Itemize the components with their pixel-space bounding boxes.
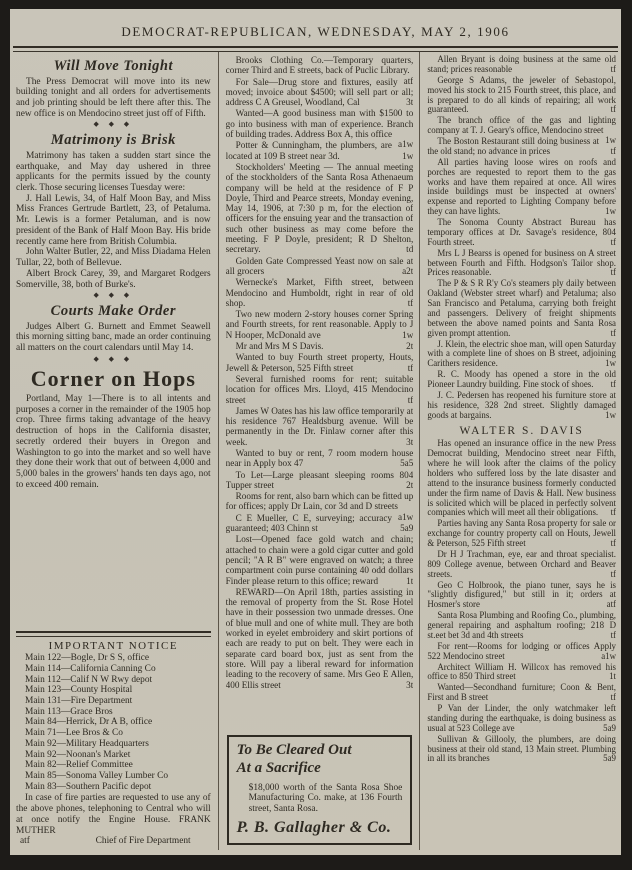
- phone-directory-line: Main 71—Lee Bros & Co: [16, 728, 211, 739]
- classified-ad: To Let—Large pleasant sleeping rooms 804…: [226, 470, 414, 491]
- section-rule: [16, 631, 211, 637]
- headline-corner-on-hops: Corner on Hops: [16, 366, 211, 391]
- ad-tag: tf: [611, 380, 616, 390]
- classified-ad: For rent—Rooms for lodging or offices Ap…: [427, 642, 616, 662]
- ad-text: Brooks Clothing Co.—Temporary quarters, …: [226, 55, 414, 75]
- ad-text: Sullivan & Gillooly, the plumbers, are d…: [427, 734, 616, 764]
- phone-directory-line: Main 84—Herrick, Dr A B, office: [16, 717, 211, 728]
- classified-ad: Sullivan & Gillooly, the plumbers, are d…: [427, 735, 616, 765]
- display-ad-title-line1: To Be Cleared Out: [237, 742, 403, 760]
- ornament-divider: ◆ ◆ ◆: [16, 356, 211, 364]
- notice-sig-tag: atf: [20, 836, 30, 847]
- display-ad-title-line2: At a Sacrifice: [237, 760, 403, 778]
- ad-tag: td: [406, 244, 413, 254]
- notice-closing-text: In case of fire parties are requested to…: [16, 793, 211, 836]
- ad-text: Parties having any Santa Rosa property f…: [427, 518, 616, 548]
- classified-ad: Santa Rosa Plumbing and Roofing Co., plu…: [427, 611, 616, 641]
- ornament-divider: ◆ ◆ ◆: [16, 121, 211, 129]
- phone-directory-line: Main 114—California Canning Co: [16, 664, 211, 675]
- classified-ad: The branch office of the gas and lightin…: [427, 116, 616, 136]
- classified-ad: Lost—Opened face gold watch and chain; a…: [226, 534, 414, 585]
- ad-tag: tf: [611, 539, 616, 549]
- classified-ad: Potter & Cunningham, the plumbers, are l…: [226, 140, 414, 161]
- ad-tag: tf: [611, 693, 616, 703]
- classified-ad: Allen Bryant is doing business at the sa…: [427, 55, 616, 75]
- classified-ad: Mr and Mrs M S Davis. 2t: [226, 341, 414, 351]
- ad-tag: 5a9: [400, 523, 413, 533]
- ad-text: James W Oates has his law office tempora…: [226, 406, 414, 447]
- ad-text: J. Klein, the electric shoe man, will op…: [427, 339, 616, 369]
- classifieds-right: Allen Bryant is doing business at the sa…: [427, 55, 616, 847]
- ad-tag: tf: [408, 395, 414, 405]
- article-paragraph: John Walter Butler, 22, and Miss Diadama…: [16, 247, 211, 268]
- ad-text: Wanted to buy or rent, 7 room modern hou…: [226, 448, 414, 468]
- important-notice-section: IMPORTANT NOTICE Main 122—Bogle, Dr S S,…: [16, 628, 211, 847]
- ad-tag: 3t: [406, 97, 413, 107]
- display-ad-signature: P. B. Gallagher & Co.: [237, 819, 403, 837]
- classified-ad: J. C. Pedersen has reopened his furnitur…: [427, 391, 616, 421]
- ad-text: Several furnished rooms for rent; suitab…: [226, 374, 414, 405]
- phone-directory-line: Main 83—Southern Pacific depot: [16, 782, 211, 793]
- notice-signature-row: atf Chief of Fire Department: [16, 836, 211, 847]
- classifieds-middle: Brooks Clothing Co.—Temporary quarters, …: [226, 55, 414, 731]
- walter-s-davis-heading: WALTER S. DAVIS: [427, 425, 616, 438]
- classified-ad: REWARD—On April 18th, parties assisting …: [226, 587, 414, 690]
- ad-tag: 1t: [609, 672, 616, 682]
- ad-tag: tf: [408, 298, 414, 308]
- ad-text: For rent—Rooms for lodging or offices Ap…: [427, 641, 616, 661]
- ad-tag: tf: [611, 570, 616, 580]
- ad-tag: tf: [611, 508, 616, 518]
- article-title-matrimony-is-brisk: Matrimony is Brisk: [16, 132, 211, 149]
- ad-text: The Boston Restaurant still doing busine…: [427, 136, 599, 156]
- ad-tag: 1w: [402, 151, 413, 161]
- ad-tag: atf: [607, 600, 616, 610]
- ad-text: George S Adams, the jeweler of Sebastopo…: [427, 75, 616, 115]
- classified-ad: Several furnished rooms for rent; suitab…: [226, 374, 414, 405]
- phone-directory-line: Main 92—Military Headquarters: [16, 739, 211, 750]
- ad-tag: a1w: [601, 652, 616, 662]
- ad-text: Has opened an insurance office in the ne…: [427, 438, 616, 517]
- columns-container: Will Move Tonight The Press Democrat wil…: [10, 52, 621, 850]
- classified-ad: The P & S R R'y Co's steamers ply daily …: [427, 279, 616, 338]
- column-right: Allen Bryant is doing business at the sa…: [420, 52, 621, 850]
- ad-tag: tf: [611, 268, 616, 278]
- ad-tag: 3t: [406, 680, 413, 690]
- classified-ad: R. C. Moody has opened a store in the ol…: [427, 370, 616, 390]
- ad-text: The P & S R R'y Co's steamers ply daily …: [427, 278, 616, 337]
- classified-ad: Wanted—Secondhand furniture; Coon & Bent…: [427, 683, 616, 703]
- classified-ad: Brooks Clothing Co.—Temporary quarters, …: [226, 55, 414, 76]
- ad-text: Wernecke's Market, Fifth street, between…: [226, 277, 414, 308]
- phone-directory-line: Main 92—Noonan's Market: [16, 750, 211, 761]
- ad-tag: tf: [408, 363, 414, 373]
- phone-directory-line: Main 85—Sonoma Valley Lumber Co: [16, 771, 211, 782]
- ad-text: Santa Rosa Plumbing and Roofing Co., plu…: [427, 610, 616, 640]
- article-body: Portland, May 1—There is to all intents …: [16, 394, 211, 490]
- ad-text: The branch office of the gas and lightin…: [427, 115, 616, 135]
- article-body: Judges Albert G. Burnett and Emmet Seawe…: [16, 322, 211, 354]
- ad-tag: tf: [611, 329, 616, 339]
- classified-ad: Wanted to buy or rent, 7 room modern hou…: [226, 448, 414, 469]
- ad-text: J. C. Pedersen has reopened his furnitur…: [427, 390, 616, 420]
- phone-directory-line: Main 82—Relief Committee: [16, 760, 211, 771]
- ad-text: Mr and Mrs M S Davis.: [236, 341, 324, 351]
- ad-tag: 1w: [605, 207, 616, 217]
- ad-text: P Van der Linder, the only watchmaker le…: [427, 703, 616, 733]
- ad-tag: 1w: [402, 330, 413, 340]
- ad-tag: 2t: [406, 341, 413, 351]
- ad-text: Geo C Holbrook, the piano tuner, says he…: [427, 580, 616, 610]
- ad-text: Wanted—A good business man with $1500 to…: [226, 108, 414, 139]
- ad-tag: 5a9: [603, 754, 616, 764]
- ad-tag: 1w: [605, 136, 616, 146]
- classified-ad: J. Klein, the electric shoe man, will op…: [427, 340, 616, 370]
- ad-text: Potter & Cunningham, the plumbers, are l…: [226, 140, 392, 160]
- ad-text: Allen Bryant is doing business at the sa…: [427, 55, 616, 74]
- classified-ad: For Sale—Drug store and fixtures, easily…: [226, 77, 414, 108]
- ad-text: All parties having loose wires on roofs …: [427, 157, 616, 216]
- classified-ad: Stockholders' Meeting — The annual meeti…: [226, 162, 414, 255]
- ad-tag: a1w: [398, 512, 413, 522]
- classified-ad: Geo C Holbrook, the piano tuner, says he…: [427, 581, 616, 611]
- ad-text: Stockholders' Meeting — The annual meeti…: [226, 162, 414, 254]
- ad-tag: 1t: [406, 576, 413, 586]
- phone-directory-line: Main 113—Grace Bros: [16, 707, 211, 718]
- ad-tag: 5a9: [603, 724, 616, 734]
- ad-text: Mrs L J Bearss is opened for business on…: [427, 248, 616, 278]
- paper-sheet: DEMOCRAT-REPUBLICAN, WEDNESDAY, MAY 2, 1…: [10, 9, 621, 855]
- article-paragraph: J. Hall Lewis, 34, of Half Moon Bay, and…: [16, 194, 211, 248]
- ad-text: Dr H J Trachman, eye, ear and throat spe…: [427, 549, 616, 579]
- classified-ad: Dr H J Trachman, eye, ear and throat spe…: [427, 550, 616, 580]
- ad-text: Rooms for rent, also barn which can be f…: [226, 491, 414, 511]
- ad-tag: tf: [611, 105, 616, 115]
- classified-ad: Golden Gate Compressed Yeast now on sale…: [226, 256, 414, 277]
- article-paragraph: Albert Brock Carey, 39, and Margaret Rod…: [16, 269, 211, 290]
- classified-ad: P Van der Linder, the only watchmaker le…: [427, 704, 616, 734]
- classified-ad: Mrs L J Bearss is opened for business on…: [427, 249, 616, 279]
- classified-ad: George S Adams, the jeweler of Sebastopo…: [427, 76, 616, 116]
- ad-tag: 3t: [406, 437, 413, 447]
- ad-text: Wanted to buy Fourth street property, Ho…: [226, 352, 414, 372]
- display-ad-gallagher: To Be Cleared Out At a Sacrifice $18,000…: [227, 735, 413, 845]
- ad-tag: atf: [404, 76, 414, 86]
- ad-text: R. C. Moody has opened a store in the ol…: [427, 369, 616, 389]
- ad-tag: 5a5: [400, 458, 413, 468]
- phone-directory-line: Main 123—County Hospital: [16, 685, 211, 696]
- ad-tag: tf: [611, 65, 616, 75]
- notice-title: IMPORTANT NOTICE: [16, 640, 211, 653]
- ad-text: REWARD—On April 18th, parties assisting …: [226, 587, 414, 690]
- ad-text: Golden Gate Compressed Yeast now on sale…: [226, 256, 414, 276]
- ad-text: Lost—Opened face gold watch and chain; a…: [226, 534, 414, 585]
- ad-tag: a1w: [398, 139, 413, 149]
- classified-ad: The Boston Restaurant still doing busine…: [427, 137, 616, 157]
- display-ad-body: $18,000 worth of the Santa Rosa Shoe Man…: [237, 783, 403, 815]
- ad-tag: tf: [611, 631, 616, 641]
- ad-text: Two new modern 2-story houses corner Spr…: [226, 309, 414, 340]
- notice-sig-role: Chief of Fire Department: [96, 836, 205, 847]
- classified-ad: Wanted—A good business man with $1500 to…: [226, 108, 414, 139]
- ad-tag: tf: [611, 147, 616, 157]
- classified-ad: Wanted to buy Fourth street property, Ho…: [226, 352, 414, 373]
- ad-text: C E Mueller, C E, surveying; accuracy gu…: [226, 513, 392, 533]
- ad-tag: 1w: [605, 359, 616, 369]
- article-paragraph: Matrimony has taken a sudden start since…: [16, 151, 211, 194]
- article-body: The Press Democrat will move into its ne…: [16, 77, 211, 120]
- phone-directory-line: Main 112—Calif N W Rwy depot: [16, 675, 211, 686]
- classified-ad: Parties having any Santa Rosa property f…: [427, 519, 616, 549]
- ad-tag: 2t: [406, 480, 413, 490]
- ad-tag: a2t: [402, 266, 413, 276]
- phone-directory-line: Main 131—Fire Department: [16, 696, 211, 707]
- classified-ad: C E Mueller, C E, surveying; accuracy gu…: [226, 513, 414, 534]
- article-title-will-move-tonight: Will Move Tonight: [16, 58, 211, 75]
- ad-tag: 1w: [605, 411, 616, 421]
- column-middle: Brooks Clothing Co.—Temporary quarters, …: [219, 52, 420, 850]
- walter-s-davis-body: Has opened an insurance office in the ne…: [427, 439, 616, 518]
- classified-ad: Rooms for rent, also barn which can be f…: [226, 491, 414, 512]
- ornament-divider: ◆ ◆ ◆: [16, 292, 211, 300]
- ad-text: For Sale—Drug store and fixtures, easily…: [226, 77, 414, 108]
- ad-text: Architect William H. Willcox has removed…: [427, 662, 616, 682]
- classified-ad: Two new modern 2-story houses corner Spr…: [226, 309, 414, 340]
- column-left-flow: Will Move Tonight The Press Democrat wil…: [16, 55, 211, 628]
- newspaper-page: DEMOCRAT-REPUBLICAN, WEDNESDAY, MAY 2, 1…: [0, 0, 632, 870]
- classified-ad: James W Oates has his law office tempora…: [226, 406, 414, 447]
- classified-ad: The Sonoma County Abstract Bureau has te…: [427, 218, 616, 248]
- classified-ad: All parties having loose wires on roofs …: [427, 158, 616, 217]
- classified-ad: Wernecke's Market, Fifth street, between…: [226, 277, 414, 308]
- article-title-courts-make-order: Courts Make Order: [16, 303, 211, 320]
- ad-text: Wanted—Secondhand furniture; Coon & Bent…: [427, 682, 616, 702]
- ad-tag: tf: [611, 238, 616, 248]
- ad-text: To Let—Large pleasant sleeping rooms 804…: [226, 470, 414, 490]
- ad-text: The Sonoma County Abstract Bureau has te…: [427, 217, 616, 247]
- column-left: Will Move Tonight The Press Democrat wil…: [10, 52, 218, 850]
- classified-ad: Architect William H. Willcox has removed…: [427, 663, 616, 683]
- phone-directory-line: Main 122—Bogle, Dr S S, office: [16, 653, 211, 664]
- masthead-title: DEMOCRAT-REPUBLICAN, WEDNESDAY, MAY 2, 1…: [10, 9, 621, 40]
